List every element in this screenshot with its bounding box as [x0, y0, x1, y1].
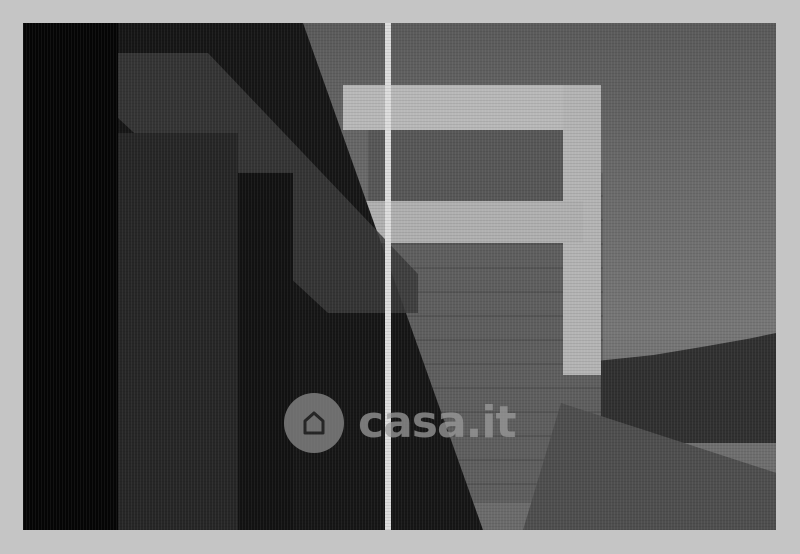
halftone-texture — [23, 23, 776, 530]
property-photo — [23, 23, 776, 530]
house-icon — [284, 393, 344, 453]
watermark-text: casa.it — [358, 401, 515, 445]
casa-it-watermark: casa.it — [284, 393, 515, 453]
